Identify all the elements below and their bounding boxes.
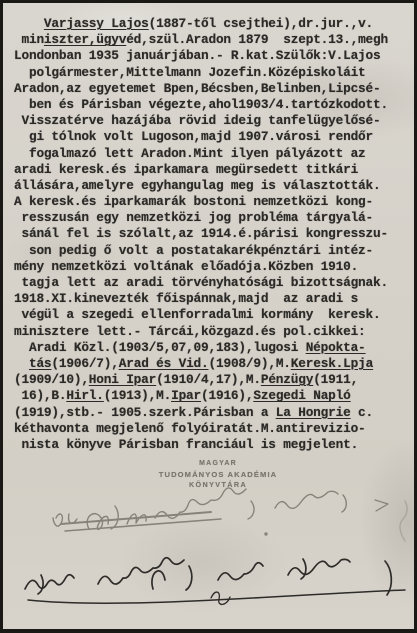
index-card: Varjassy Lajos(1887-től csejthei),dr.jur… [0, 0, 417, 633]
typed-text: polgármester,Mittelmann Jozefin.Középisk… [14, 65, 366, 80]
typed-text: (1919),stb.- 1905.szerk.Párisban a [14, 405, 276, 420]
typed-line: kéthavonta megjelenő folyóiratát.M.antir… [14, 421, 412, 437]
typed-line: tás(1906/7),Arad és Vid.(1908/9),M.Keres… [14, 356, 412, 372]
typed-text: nista könyve Párisban franciául is megje… [14, 437, 358, 452]
typed-text: min [14, 32, 44, 47]
typed-line: polgármester,Mittelmann Jozefin.Középisk… [14, 65, 412, 81]
typed-text: Visszatérve hazájába rövid ideig tanfelü… [14, 113, 381, 128]
typed-line: tagja lett az aradi törvényhatósági bizo… [14, 275, 412, 291]
underlined-text: Szegedi Napló [253, 388, 350, 403]
typed-line: 1918.XI.kinevezték főispánnak,majd az ar… [14, 291, 412, 307]
typed-text: ben és Párisban végezte,ahol1903/4.tartó… [14, 97, 388, 112]
underlined-text: iszter,ügyv [44, 32, 126, 47]
typed-text: (1911, [313, 372, 358, 387]
typed-text: (1908/9),M. [209, 356, 291, 371]
typed-line: nista könyve Párisban franciául is megje… [14, 437, 412, 453]
typed-line: minisztere lett.- Tárcái,közgazd.és pol.… [14, 324, 412, 340]
typed-text: (1887-től csejthei),dr.jur.,v. [149, 16, 373, 31]
underlined-text: Varjassy Lajos [44, 16, 149, 31]
typed-line: Varjassy Lajos(1887-től csejthei),dr.jur… [14, 16, 412, 32]
underlined-text: Keresk.Lpja [291, 356, 373, 371]
underlined-text: Ipar [171, 388, 201, 403]
typed-text: c. [351, 405, 373, 420]
stamp-line-1: MAGYAR [23, 459, 413, 470]
underlined-text: Hirl. [66, 388, 103, 403]
typed-line: (1909/10),Honi Ipar(1910/4,17),M.Pénzügy… [14, 372, 412, 388]
typed-text: mény nemzetközi voltának előadója.Közben… [14, 259, 358, 274]
typed-text: Aradi Közl.(1903/5,07,09,183),lugosi [14, 340, 306, 355]
typed-line: miniszter,ügyvéd,szül.Aradon 1879 szept.… [14, 32, 412, 48]
underlined-text: Pénzügy [261, 372, 313, 387]
typed-line: 16),B.Hirl.(1913),M.Ipar(1916),Szegedi N… [14, 388, 412, 404]
typed-line: (1919),stb.- 1905.szerk.Párisban a La Ho… [14, 405, 412, 421]
typed-text [14, 356, 29, 371]
typed-line: son pedig ő volt a postatakarékpénztári … [14, 243, 412, 259]
typed-line: állására,amelyre egyhangulag meg is vála… [14, 178, 412, 194]
typed-text: (1910/4,17),M. [156, 372, 261, 387]
typed-text: gi tólnok volt Lugoson,majd 1907.városi … [14, 129, 373, 144]
typed-line: ben és Párisban végezte,ahol1903/4.tartó… [14, 97, 412, 113]
typed-text: aradi keresk.és iparkamara megürsedett t… [14, 162, 358, 177]
typed-text-block: Varjassy Lajos(1887-től csejthei),dr.jur… [14, 16, 412, 453]
stamp-line-3: KÖNYVTÁRA [23, 480, 413, 491]
underlined-text: tás [29, 356, 51, 371]
underlined-text: Arad és Vid. [119, 356, 209, 371]
typed-text: minisztere lett.- Tárcái,közgazd.és pol.… [14, 324, 366, 339]
typed-line: Aradon,az egyetemet Bpen,Bécsben,Belinbe… [14, 81, 412, 97]
typed-line: Londonban 1935 januárjában.- R.kat.Szülő… [14, 48, 412, 64]
typed-text: (1916), [201, 388, 253, 403]
typed-line: sánál fel is szólalt,az 1914.é.párisi ko… [14, 226, 412, 242]
typed-text: Aradon,az egyetemet Bpen,Bécsben,Belinbe… [14, 81, 381, 96]
typed-text: son pedig ő volt a postatakarékpénztári … [14, 243, 373, 258]
typed-line: aradi keresk.és iparkamara megürsedett t… [14, 162, 412, 178]
typed-text: tagja lett az aradi törvényhatósági bizo… [14, 275, 388, 290]
typed-line: A keresk.és iparkamarák bostoni nemzetkö… [14, 194, 412, 210]
typed-text: végül a szegedi ellenforradalmi kormány … [14, 307, 381, 322]
typed-text: (1906/7), [51, 356, 118, 371]
typed-line: végül a szegedi ellenforradalmi kormány … [14, 307, 412, 323]
typed-text: resszusán egy nemzetközi jog probléma tá… [14, 210, 373, 225]
typed-text: Londonban 1935 januárjában.- R.kat.Szülő… [14, 48, 381, 63]
typed-text: (1909/10), [14, 372, 89, 387]
typed-line: fogalmazó lett Aradon.Mint ilyen pályázo… [14, 146, 412, 162]
typed-text: (1913),M. [104, 388, 171, 403]
underlined-text: La Hongrie [276, 405, 351, 420]
typed-text: A keresk.és iparkamarák bostoni nemzetkö… [14, 194, 373, 209]
typed-text: állására,amelyre egyhangulag meg is vála… [14, 178, 381, 193]
typed-text: kéthavonta megjelenő folyóiratát.M.antir… [14, 421, 366, 436]
typed-text: sánál fel is szólalt,az 1914.é.párisi ko… [14, 226, 388, 241]
typed-line: resszusán egy nemzetközi jog probléma tá… [14, 210, 412, 226]
typed-text [14, 16, 44, 31]
typed-text: éd,szül.Aradon 1879 szept.13.,megh [126, 32, 388, 47]
typed-line: gi tólnok volt Lugoson,majd 1907.városi … [14, 129, 412, 145]
typed-line: mény nemzetközi voltának előadója.Közben… [14, 259, 412, 275]
typed-line: Visszatérve hazájába rövid ideig tanfelü… [14, 113, 412, 129]
library-stamp: MAGYAR TUDOMÁNYOS AKADÉMIA KÖNYVTÁRA [23, 459, 413, 491]
typed-line: Aradi Közl.(1903/5,07,09,183),lugosi Nép… [14, 340, 412, 356]
underlined-text: Népokta- [306, 340, 366, 355]
typed-text: 16),B. [14, 388, 66, 403]
typed-text: 1918.XI.kinevezték főispánnak,majd az ar… [14, 291, 358, 306]
underlined-text: Honi Ipar [89, 372, 156, 387]
stamp-line-2: TUDOMÁNYOS AKADÉMIA [23, 470, 413, 481]
typed-text: fogalmazó lett Aradon.Mint ilyen pályázo… [14, 146, 366, 161]
